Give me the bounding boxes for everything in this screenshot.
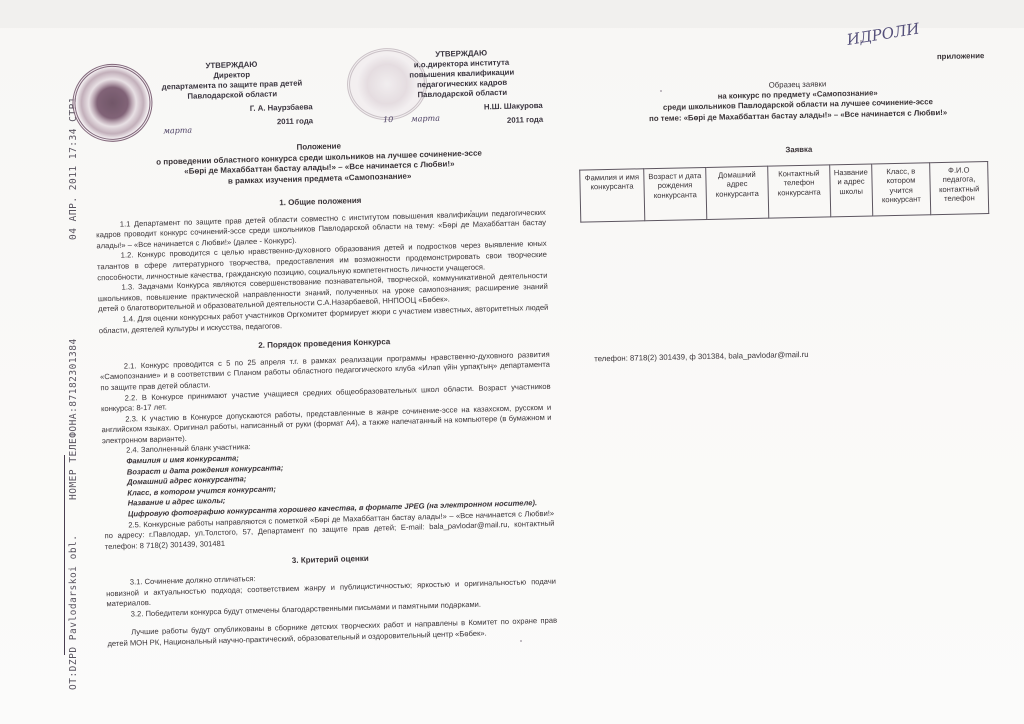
contact-line: телефон: 8718(2) 301439, ф 301384, bala_… [594, 350, 809, 363]
approval-block-director: УТВЕРЖДАЮ Директор департамента по защит… [151, 58, 313, 130]
table-header-cell: Класс, в котором учится конкурсант [872, 163, 931, 216]
appendix-label: приложение [937, 51, 985, 61]
table-header-cell: Фамилия и имя конкурсанта [580, 169, 645, 222]
approval-year: 2011 года [383, 115, 543, 129]
regulation-body: 1. Общие положения 1.1 Департамент по за… [95, 182, 558, 650]
handwritten-day-2: 10 [383, 115, 393, 126]
fax-datetime: 04 АПР. 2011 17:34 СТР1 [68, 40, 79, 240]
scan-speck [520, 640, 522, 642]
application-table: Фамилия и имя конкурсанта Возраст и дата… [579, 161, 989, 223]
handwritten-signature: ИДРОЛИ [845, 19, 920, 48]
table-header-cell: Контактный телефон конкурсанта [768, 165, 831, 218]
table-header-cell: Домашний адрес конкурсанта [706, 166, 769, 219]
fax-sender: OT:DZPD Pavlodarskoi obl. [68, 500, 79, 690]
regulation-document: УТВЕРЖДАЮ Директор департамента по защит… [91, 44, 559, 696]
table-header-cell: Название и адрес школы [830, 164, 873, 217]
form-title: Образец заявки на конкурс по предмету «С… [582, 76, 1013, 126]
approver-name: Г. А. Наурзбаева [153, 102, 313, 116]
fax-phone-number: НОМЕР ТЕЛЕФОНА:87182301384 [68, 240, 79, 500]
official-seal-stamp [71, 63, 153, 143]
approval-block-institute: УТВЕРЖДАЮ и.о.директора института повыше… [381, 47, 543, 129]
table-header-cell: Возраст и дата рождения конкурсанта [644, 167, 707, 220]
fax-margin-line [64, 455, 65, 655]
scan-speck [860, 40, 862, 42]
application-form-page: ИДРОЛИ приложение Образец заявки на конк… [581, 21, 1018, 390]
handwritten-date-1: марта [163, 126, 192, 137]
approver-name: Н.Ш. Шакурова [383, 101, 543, 115]
table-header-cell: Ф.И.О педагога, контактный телефон [930, 162, 989, 215]
table-title: Заявка [584, 141, 1014, 159]
fax-header: OT:DZPD Pavlodarskoi obl. НОМЕР ТЕЛЕФОНА… [68, 40, 79, 690]
table-header-row: Фамилия и имя конкурсанта Возраст и дата… [580, 162, 989, 223]
scan-speck [660, 90, 662, 92]
regulation-title: Положение о проведении областного конкур… [94, 136, 545, 191]
scan-speck [470, 210, 472, 212]
handwritten-date-2: марта [411, 114, 440, 125]
